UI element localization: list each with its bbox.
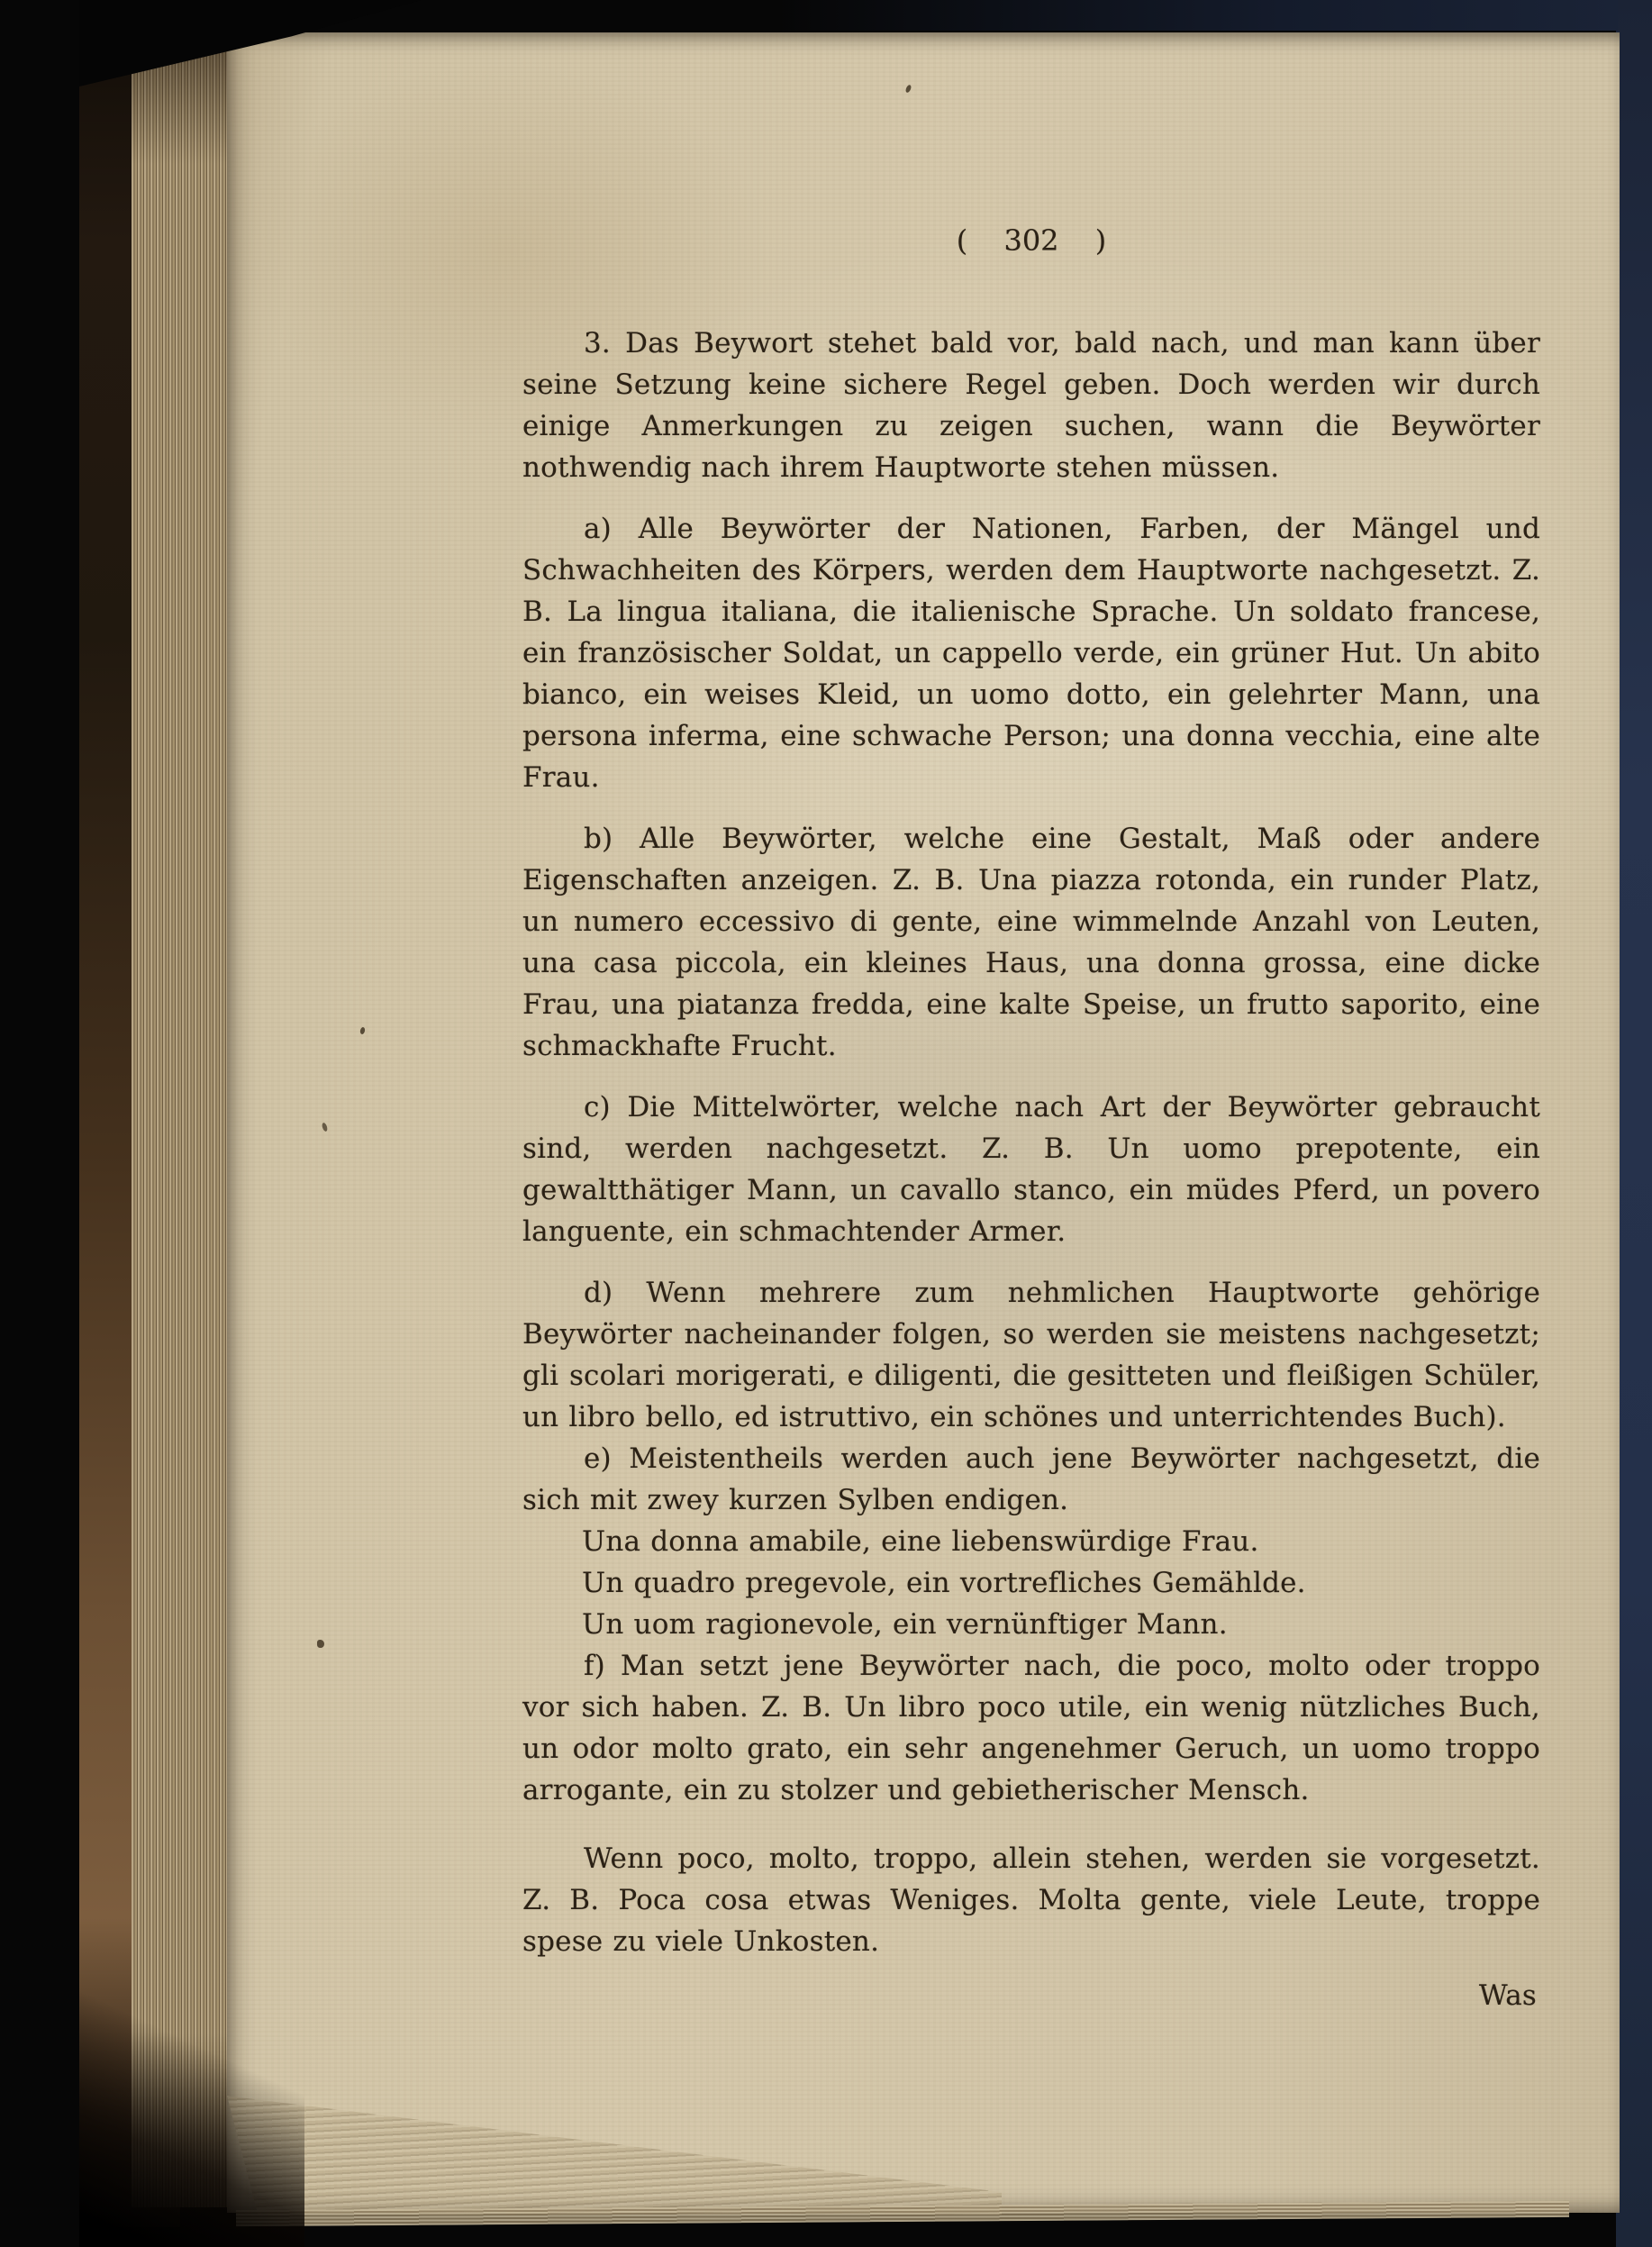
stacked-page-edges-left	[132, 34, 241, 2207]
example-line-3: Un uom ragionevole, ein vernünftiger Man…	[522, 1604, 1540, 1645]
bottom-left-shadow	[79, 1937, 304, 2247]
paragraph-f: f) Man setzt jene Beywörter nach, die po…	[522, 1645, 1540, 1811]
paragraph-d: d) Wenn mehrere zum nehmlichen Hauptwort…	[522, 1272, 1540, 1438]
binding-cloth-edge	[1616, 0, 1652, 2247]
catchword: Was	[522, 1975, 1540, 2016]
page-text-block: 3. Das Beywort stehet bald vor, bald nac…	[522, 323, 1540, 2016]
example-line-2: Un quadro pregevole, ein vortrefliches G…	[522, 1562, 1540, 1604]
example-line-1: Una donna amabile, eine liebenswürdige F…	[522, 1521, 1540, 1562]
paragraph-a: a) Alle Beywörter der Nationen, Farben, …	[522, 508, 1540, 798]
paragraph-closing: Wenn poco, molto, troppo, allein stehen,…	[522, 1838, 1540, 1962]
book-page: ( 302 ) 3. Das Beywort stehet bald vor, …	[227, 32, 1620, 2213]
paragraph-3: 3. Das Beywort stehet bald vor, bald nac…	[522, 323, 1540, 488]
binding-cloth-top	[775, 0, 1618, 31]
paragraph-e: e) Meistentheils werden auch jene Beywör…	[522, 1438, 1540, 1521]
book-photo: ( 302 ) 3. Das Beywort stehet bald vor, …	[0, 0, 1652, 2247]
paragraph-c: c) Die Mittelwörter, welche nach Art der…	[522, 1087, 1540, 1252]
ink-speck	[317, 1640, 324, 1648]
paragraph-b: b) Alle Beywörter, welche eine Gestalt, …	[522, 818, 1540, 1067]
page-number: ( 302 )	[522, 223, 1540, 258]
